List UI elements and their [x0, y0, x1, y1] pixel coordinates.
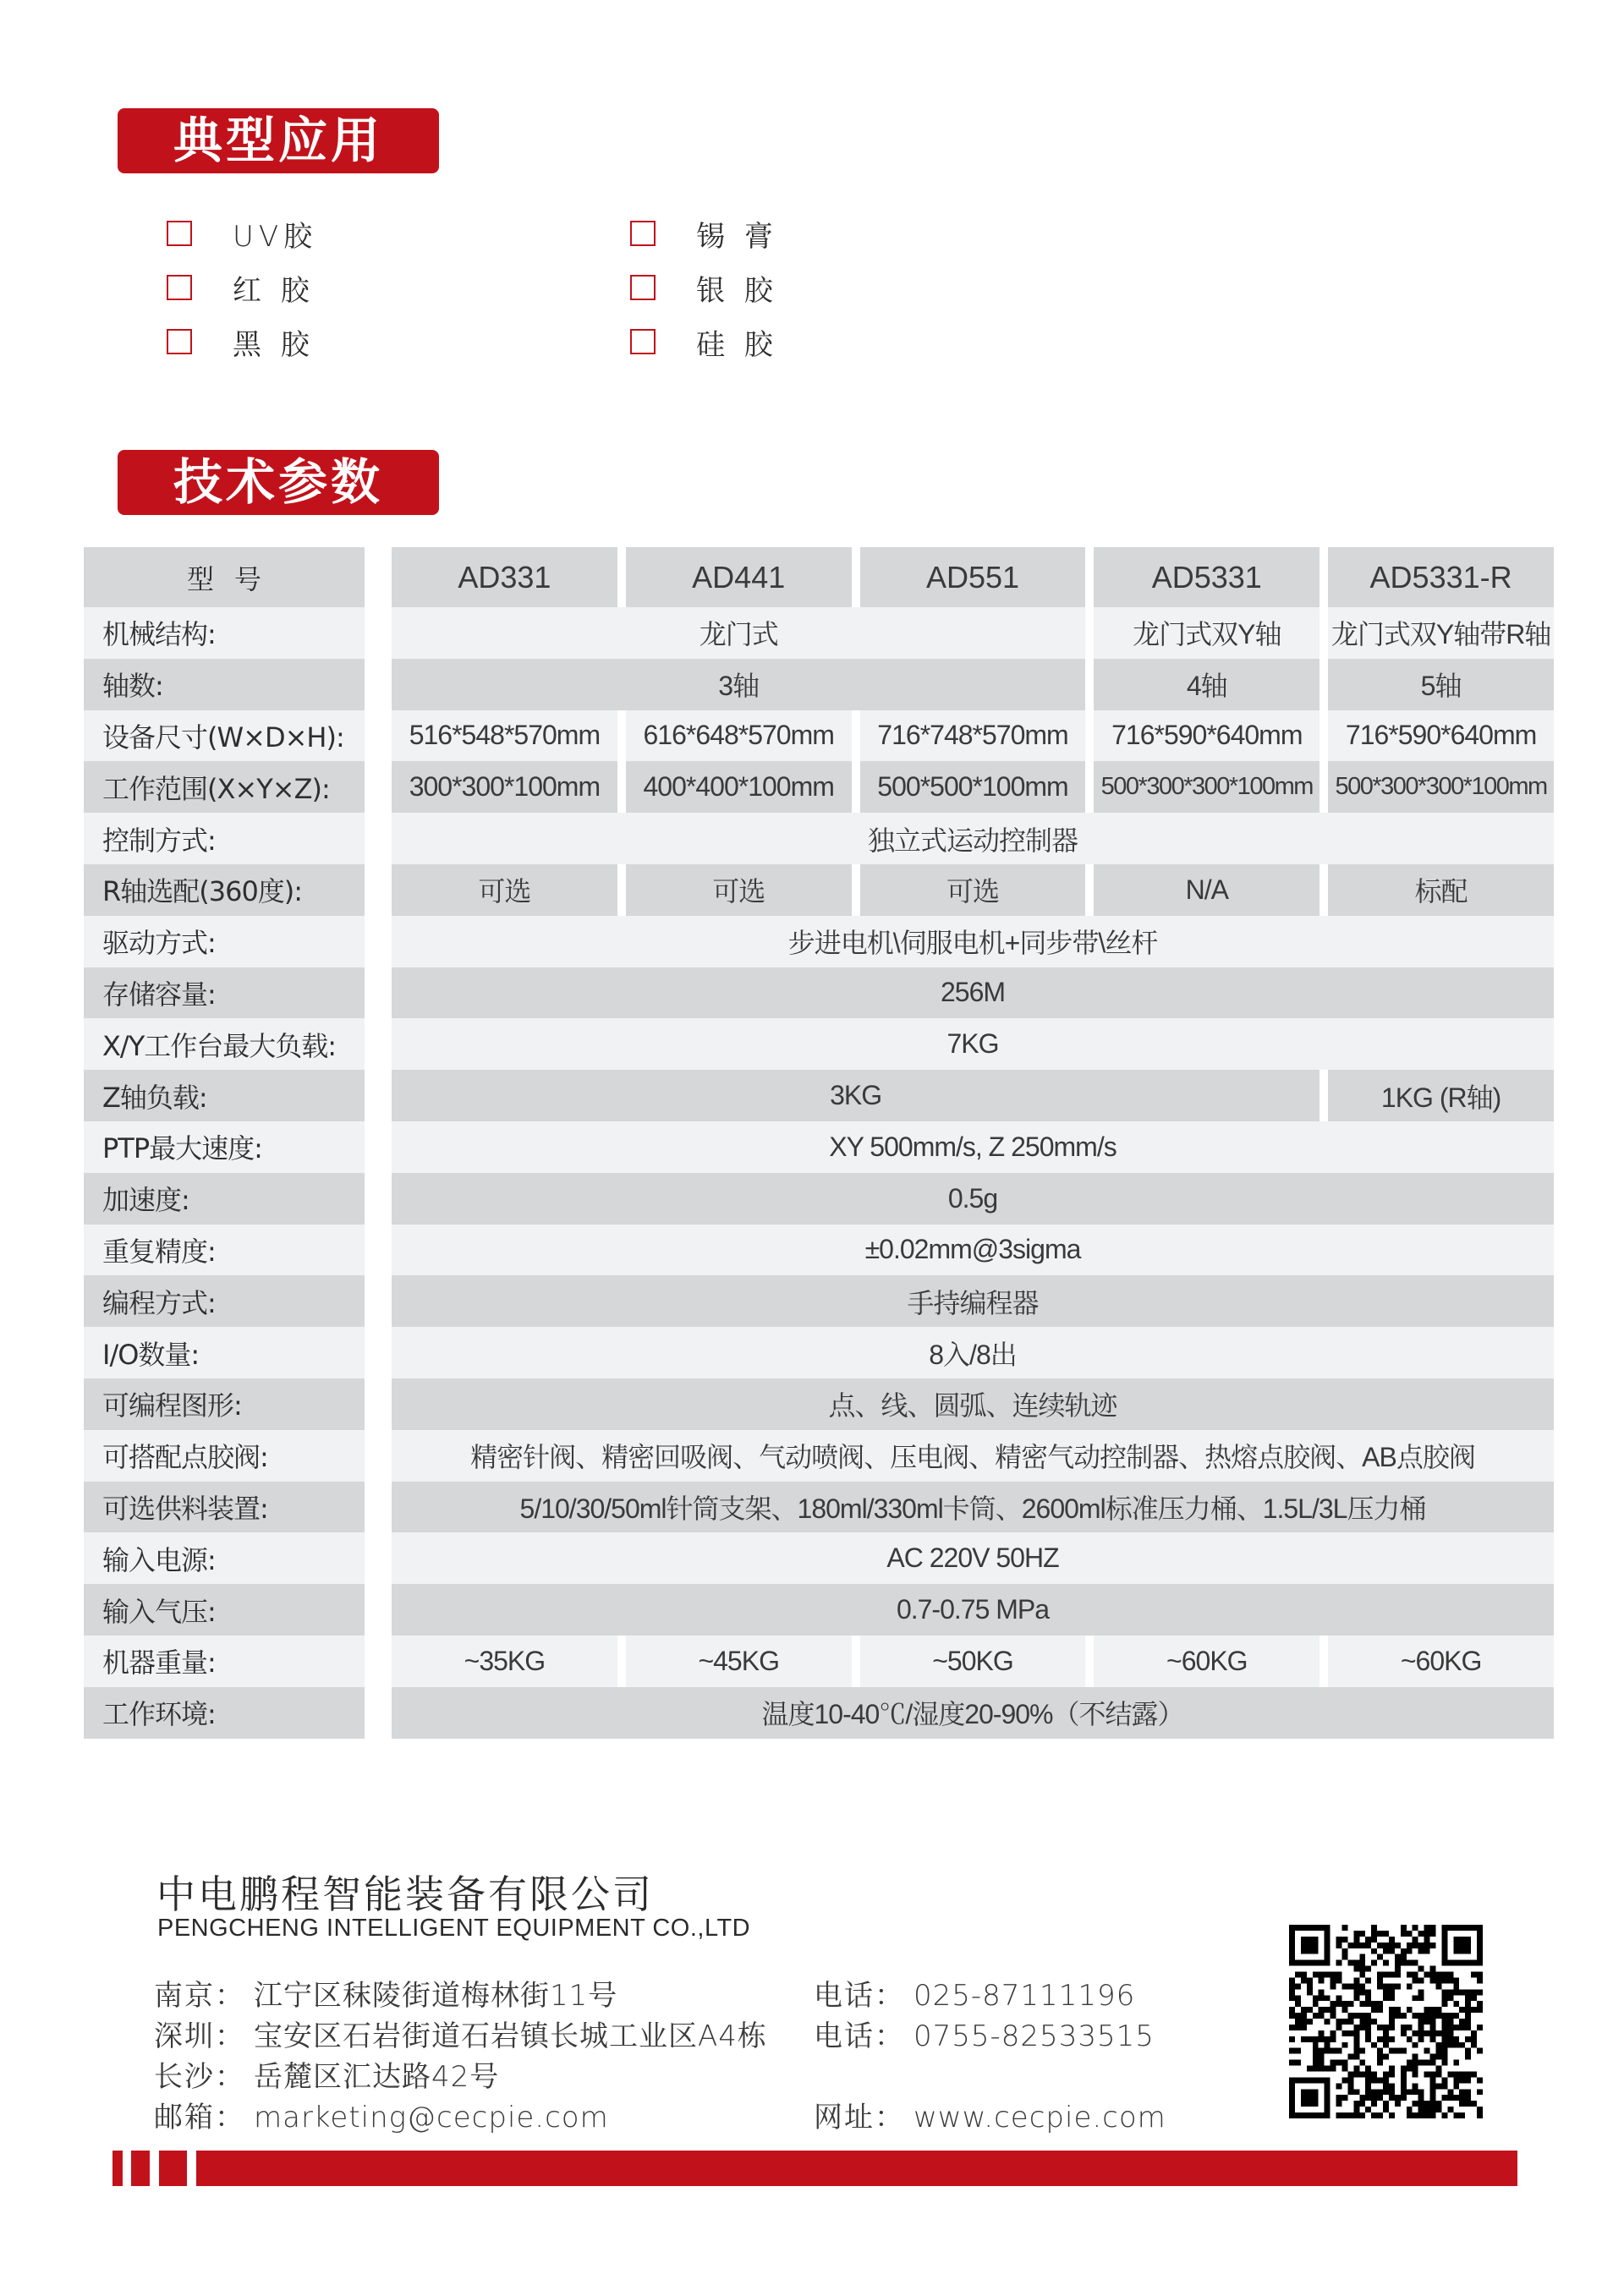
- address-key: 南京：: [154, 1979, 245, 2013]
- address-changsha: 长沙：岳麓区汇达路42号: [154, 2053, 499, 2095]
- spec-value: ~35KG: [392, 1636, 617, 1687]
- spec-values: 3轴4轴5轴: [392, 659, 1554, 710]
- model-header-cells: AD331 AD441 AD551 AD5331 AD5331-R: [392, 547, 1554, 607]
- spec-values: 256M: [392, 967, 1554, 1019]
- spec-values: 步进电机\伺服电机+同步带\丝杆: [392, 916, 1554, 967]
- spec-value: 3KG: [392, 1070, 1319, 1121]
- table-row: 加速度:0.5g: [84, 1173, 1554, 1225]
- spec-value: ~45KG: [626, 1636, 852, 1687]
- spec-table: 型号 AD331 AD441 AD551 AD5331 AD5331-R 机械结…: [84, 547, 1554, 1739]
- spec-value: 256M: [392, 967, 1554, 1019]
- spec-value: 1KG (R轴): [1328, 1070, 1554, 1121]
- spec-value: 500*300*300*100mm: [1328, 761, 1554, 813]
- footer-stripe: [131, 2151, 150, 2186]
- email-link[interactable]: marketing@cecpie.com: [254, 2101, 609, 2134]
- spec-value: ~50KG: [860, 1636, 1086, 1687]
- spec-label: 工作范围(X×Y×Z):: [84, 761, 365, 813]
- spec-value: 点、线、圆弧、连续轨迹: [392, 1378, 1554, 1430]
- spec-value: 温度10-40℃/湿度20-90%（不结露）: [392, 1687, 1554, 1739]
- qr-code-icon: [1289, 1925, 1483, 2118]
- table-row: Z轴负载:3KG1KG (R轴): [84, 1070, 1554, 1121]
- address-value: 宝安区石岩街道石岩镇长城工业区A4栋: [254, 2019, 767, 2053]
- table-header-row: 型号 AD331 AD441 AD551 AD5331 AD5331-R: [84, 547, 1554, 607]
- table-row: 可搭配点胶阀:精密针阀、精密回吸阀、气动喷阀、压电阀、精密气动控制器、热熔点胶阀…: [84, 1430, 1554, 1482]
- company-name-en: PENGCHENG INTELLIGENT EQUIPMENT CO.,LTD: [157, 1915, 750, 1943]
- spec-label: PTP最大速度:: [84, 1121, 365, 1173]
- spec-value: 400*400*100mm: [626, 761, 852, 813]
- spec-label: R轴选配(360度):: [84, 864, 365, 916]
- table-row: 机械结构:龙门式龙门式双Y轴龙门式双Y轴带R轴: [84, 607, 1554, 659]
- application-item[interactable]: 红 胶: [167, 271, 315, 304]
- phone-value[interactable]: 025-87111196: [913, 1979, 1135, 2013]
- table-row: PTP最大速度:XY 500mm/s, Z 250mm/s: [84, 1121, 1554, 1173]
- checkbox-icon[interactable]: [630, 221, 656, 246]
- spec-value: 步进电机\伺服电机+同步带\丝杆: [392, 916, 1554, 967]
- checkbox-icon[interactable]: [630, 329, 656, 354]
- applications-title-banner: 典型应用: [118, 108, 439, 173]
- spec-value: 可选: [626, 864, 852, 916]
- spec-value: 716*748*570mm: [860, 710, 1086, 762]
- phone-value[interactable]: 0755-82533515: [913, 2019, 1155, 2053]
- footer-stripe: [112, 2151, 123, 2186]
- application-item[interactable]: UV胶: [167, 216, 317, 250]
- spec-values: 300*300*100mm400*400*100mm500*500*100mm5…: [392, 761, 1554, 813]
- spec-label: 重复精度:: [84, 1225, 365, 1276]
- table-row: 机器重量:~35KG~45KG~50KG~60KG~60KG: [84, 1636, 1554, 1687]
- spec-value: ~60KG: [1094, 1636, 1319, 1687]
- spec-value: 5轴: [1328, 659, 1554, 710]
- application-label: 黑 胶: [233, 321, 315, 363]
- spec-values: 精密针阀、精密回吸阀、气动喷阀、压电阀、精密气动控制器、热熔点胶阀、AB点胶阀: [392, 1430, 1554, 1482]
- email-key: 邮箱：: [154, 2101, 245, 2134]
- model-name: AD551: [860, 547, 1086, 607]
- spec-value: 标配: [1328, 864, 1554, 916]
- spec-label: 输入电源:: [84, 1532, 365, 1584]
- spec-values: 独立式运动控制器: [392, 813, 1554, 864]
- spec-value: ~60KG: [1328, 1636, 1554, 1687]
- spec-label: 可编程图形:: [84, 1378, 365, 1430]
- table-row: 输入气压:0.7-0.75 MPa: [84, 1584, 1554, 1636]
- application-label: UV胶: [233, 213, 317, 255]
- application-item[interactable]: 银 胶: [630, 271, 778, 304]
- table-row: 工作范围(X×Y×Z):300*300*100mm400*400*100mm50…: [84, 761, 1554, 813]
- model-name: AD5331: [1094, 547, 1319, 607]
- table-row: 可选供料装置:5/10/30/50ml针筒支架、180ml/330ml卡筒、26…: [84, 1482, 1554, 1533]
- address-key: 长沙：: [154, 2060, 245, 2094]
- table-row: 设备尺寸(W×D×H):516*548*570mm616*648*570mm71…: [84, 710, 1554, 762]
- table-row: 控制方式:独立式运动控制器: [84, 813, 1554, 864]
- spec-value: 0.5g: [392, 1173, 1554, 1225]
- model-name: AD331: [392, 547, 617, 607]
- application-label: 红 胶: [233, 267, 315, 309]
- spec-value: 精密针阀、精密回吸阀、气动喷阀、压电阀、精密气动控制器、热熔点胶阀、AB点胶阀: [392, 1430, 1554, 1482]
- spec-values: 温度10-40℃/湿度20-90%（不结露）: [392, 1687, 1554, 1739]
- spec-label: 编程方式:: [84, 1275, 365, 1327]
- phone-shenzhen: 电话：0755-82533515: [814, 2013, 1155, 2054]
- application-item[interactable]: 硅 胶: [630, 325, 778, 359]
- spec-values: 7KG: [392, 1018, 1554, 1070]
- table-row: 可编程图形:点、线、圆弧、连续轨迹: [84, 1378, 1554, 1430]
- spec-label: I/O数量:: [84, 1327, 365, 1378]
- checkbox-icon[interactable]: [167, 221, 192, 246]
- table-row: X/Y工作台最大负载:7KG: [84, 1018, 1554, 1070]
- spec-label: Z轴负载:: [84, 1070, 365, 1121]
- spec-label: 加速度:: [84, 1173, 365, 1225]
- spec-values: 0.5g: [392, 1173, 1554, 1225]
- spec-value: 716*590*640mm: [1094, 710, 1319, 762]
- table-row: 轴数:3轴4轴5轴: [84, 659, 1554, 710]
- spec-values: ~35KG~45KG~50KG~60KG~60KG: [392, 1636, 1554, 1687]
- model-name: AD441: [626, 547, 852, 607]
- website-line: 网址：www.cecpie.com: [814, 2094, 1166, 2135]
- website-key: 网址：: [814, 2101, 905, 2134]
- table-row: 驱动方式:步进电机\伺服电机+同步带\丝杆: [84, 916, 1554, 967]
- spec-value: 手持编程器: [392, 1275, 1554, 1327]
- specs-title-banner: 技术参数: [118, 450, 439, 515]
- spec-values: 516*548*570mm616*648*570mm716*748*570mm7…: [392, 710, 1554, 762]
- email-line: 邮箱：marketing@cecpie.com: [154, 2094, 609, 2135]
- spec-value: N/A: [1094, 864, 1319, 916]
- phone-key: 电话：: [814, 2019, 905, 2053]
- model-name: AD5331-R: [1328, 547, 1554, 607]
- spec-label: 存储容量:: [84, 967, 365, 1019]
- spec-label: 控制方式:: [84, 813, 365, 864]
- spec-label: 驱动方式:: [84, 916, 365, 967]
- application-label: 锡 膏: [696, 213, 778, 255]
- spec-label: 输入气压:: [84, 1584, 365, 1636]
- website-link[interactable]: www.cecpie.com: [913, 2101, 1166, 2134]
- spec-value: 716*590*640mm: [1328, 710, 1554, 762]
- address-value: 岳麓区汇达路42号: [254, 2060, 499, 2094]
- spec-value: 龙门式双Y轴带R轴: [1328, 607, 1554, 659]
- checkbox-icon[interactable]: [630, 275, 656, 300]
- table-row: 存储容量:256M: [84, 967, 1554, 1019]
- table-row: 重复精度:±0.02mm@3sigma: [84, 1225, 1554, 1276]
- footer-bar: [196, 2151, 1517, 2186]
- spec-value: 可选: [860, 864, 1086, 916]
- phone-nanjing: 电话：025-87111196: [814, 1972, 1135, 2014]
- application-item[interactable]: 锡 膏: [630, 216, 778, 250]
- address-shenzhen: 深圳：宝安区石岩街道石岩镇长城工业区A4栋: [154, 2013, 767, 2054]
- spec-value: AC 220V 50HZ: [392, 1532, 1554, 1584]
- spec-value: 7KG: [392, 1018, 1554, 1070]
- spec-value: 龙门式双Y轴: [1094, 607, 1319, 659]
- spec-label: 设备尺寸(W×D×H):: [84, 710, 365, 762]
- spec-value: XY 500mm/s, Z 250mm/s: [392, 1121, 1554, 1173]
- spec-values: 5/10/30/50ml针筒支架、180ml/330ml卡筒、2600ml标准压…: [392, 1482, 1554, 1533]
- checkbox-icon[interactable]: [167, 329, 192, 354]
- footer-stripe: [159, 2151, 187, 2186]
- application-label: 硅 胶: [696, 321, 778, 363]
- spec-values: AC 220V 50HZ: [392, 1532, 1554, 1584]
- spec-value: 8入/8出: [392, 1327, 1554, 1378]
- spec-label: 机器重量:: [84, 1636, 365, 1687]
- phone-key: 电话：: [814, 1979, 905, 2013]
- spec-values: 龙门式龙门式双Y轴龙门式双Y轴带R轴: [392, 607, 1554, 659]
- spec-value: 龙门式: [392, 607, 1085, 659]
- spec-value: 可选: [392, 864, 617, 916]
- spec-value: 3轴: [392, 659, 1085, 710]
- table-row: I/O数量:8入/8出: [84, 1327, 1554, 1378]
- spec-value: 500*300*300*100mm: [1094, 761, 1319, 813]
- address-value: 江宁区秣陵街道梅林街11号: [254, 1979, 617, 2013]
- company-name-cn: 中电鹏程智能装备有限公司: [156, 1864, 654, 1920]
- checkbox-icon[interactable]: [167, 275, 192, 300]
- spec-value: 4轴: [1094, 659, 1319, 710]
- table-row: R轴选配(360度):可选可选可选N/A标配: [84, 864, 1554, 916]
- spec-value: 0.7-0.75 MPa: [392, 1584, 1554, 1636]
- address-key: 深圳：: [154, 2019, 245, 2053]
- spec-value: 300*300*100mm: [392, 761, 617, 813]
- spec-label: X/Y工作台最大负载:: [84, 1018, 365, 1070]
- spec-label: 可搭配点胶阀:: [84, 1430, 365, 1482]
- spec-value: 516*548*570mm: [392, 710, 617, 762]
- spec-value: 5/10/30/50ml针筒支架、180ml/330ml卡筒、2600ml标准压…: [392, 1482, 1554, 1533]
- spec-values: 3KG1KG (R轴): [392, 1070, 1554, 1121]
- table-row: 编程方式:手持编程器: [84, 1275, 1554, 1327]
- spec-values: XY 500mm/s, Z 250mm/s: [392, 1121, 1554, 1173]
- model-header-label: 型号: [84, 547, 365, 607]
- spec-values: 点、线、圆弧、连续轨迹: [392, 1378, 1554, 1430]
- spec-values: ±0.02mm@3sigma: [392, 1225, 1554, 1276]
- spec-value: 独立式运动控制器: [392, 813, 1554, 864]
- spec-label: 轴数:: [84, 659, 365, 710]
- spec-value: ±0.02mm@3sigma: [392, 1225, 1554, 1276]
- table-row: 输入电源:AC 220V 50HZ: [84, 1532, 1554, 1584]
- spec-values: 手持编程器: [392, 1275, 1554, 1327]
- spec-label: 可选供料装置:: [84, 1482, 365, 1533]
- spec-values: 8入/8出: [392, 1327, 1554, 1378]
- spec-values: 0.7-0.75 MPa: [392, 1584, 1554, 1636]
- spec-values: 可选可选可选N/A标配: [392, 864, 1554, 916]
- application-item[interactable]: 黑 胶: [167, 325, 315, 359]
- spec-value: 500*500*100mm: [860, 761, 1086, 813]
- spec-label: 机械结构:: [84, 607, 365, 659]
- application-label: 银 胶: [696, 267, 778, 309]
- spec-value: 616*648*570mm: [626, 710, 852, 762]
- address-nanjing: 南京：江宁区秣陵街道梅林街11号: [154, 1972, 617, 2014]
- spec-label: 工作环境:: [84, 1687, 365, 1739]
- table-row: 工作环境:温度10-40℃/湿度20-90%（不结露）: [84, 1687, 1554, 1739]
